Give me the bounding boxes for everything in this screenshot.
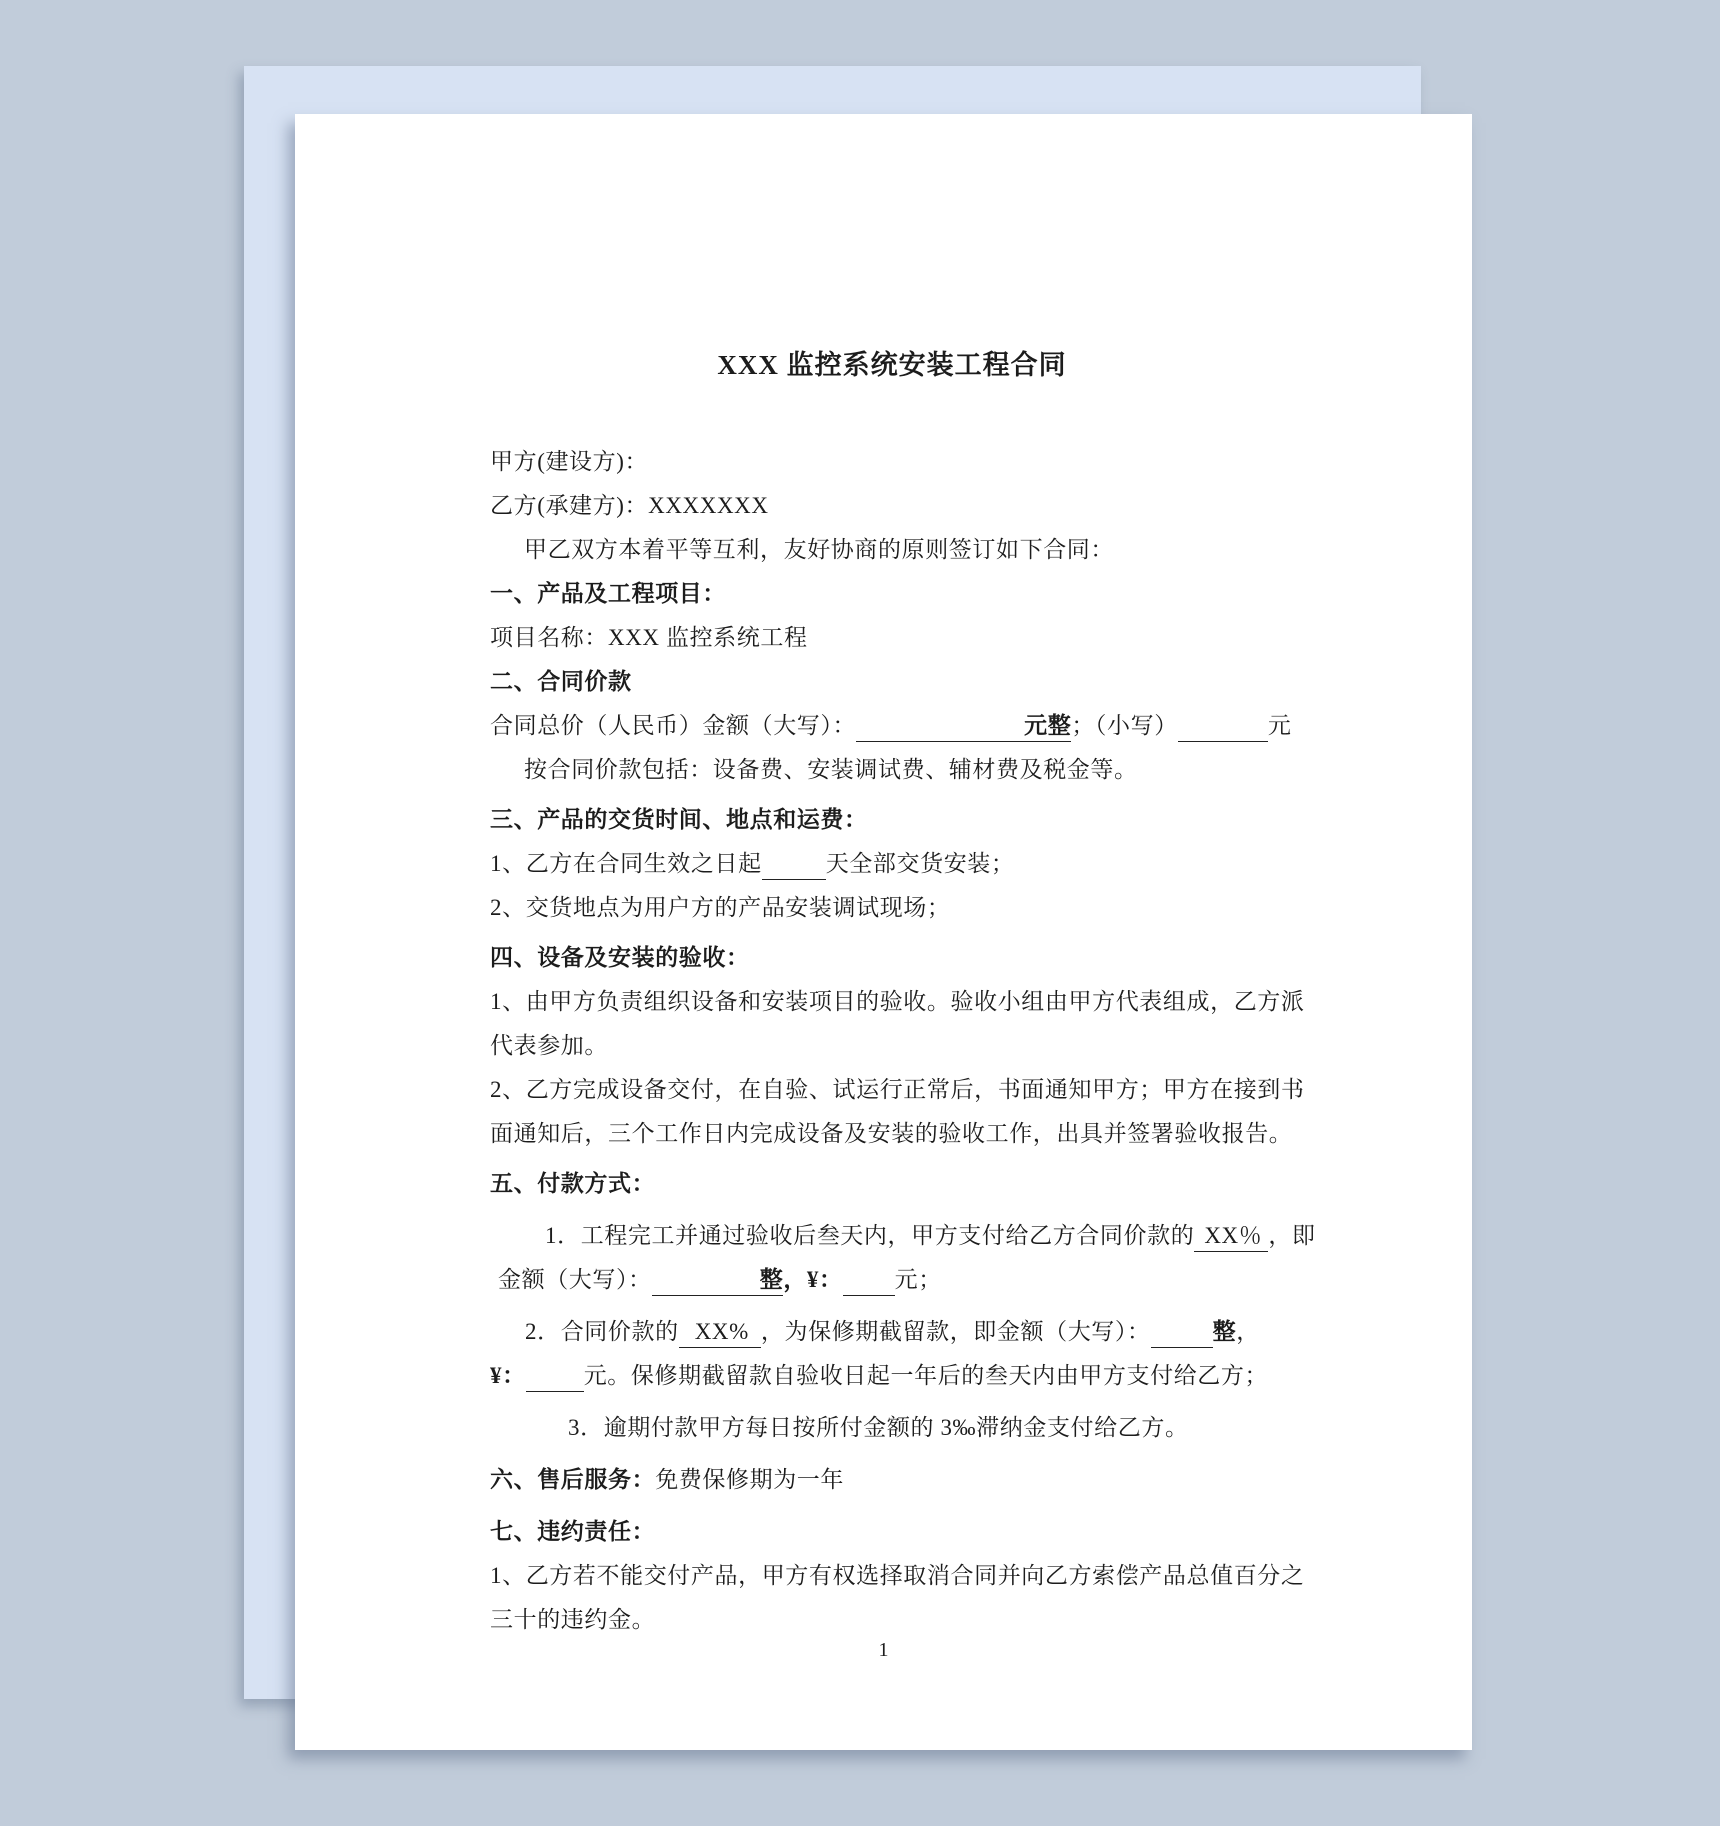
total-unit-caps: 元整 bbox=[1024, 713, 1071, 738]
total-amount-small-field bbox=[1178, 711, 1268, 742]
payment-item-3: 3．逾期付款甲方每日按所付金额的 3‰滞纳金支付给乙方。 bbox=[490, 1406, 1294, 1450]
payment-item-1-pre: 1．工程完工并通过验收后叁天内，甲方支付给乙方合同价款的 bbox=[545, 1223, 1194, 1248]
desktop-background: { "page": { "number": "1" }, "doc": { "t… bbox=[0, 0, 1720, 1826]
payment-item-2-end: 元。保修期截留款自验收日起一年后的叁天内由甲方支付给乙方； bbox=[584, 1363, 1268, 1388]
section-1-heading: 一、产品及工程项目： bbox=[490, 572, 1294, 616]
payment-item-1-line-1: 1．工程完工并通过验收后叁天内，甲方支付给乙方合同价款的XX％，即 bbox=[490, 1214, 1294, 1258]
payment-yen-1-field bbox=[843, 1265, 895, 1296]
payment-yen-2-label: ¥： bbox=[490, 1363, 526, 1388]
preamble-line: 甲乙双方本着平等互利，友好协商的原则签订如下合同： bbox=[490, 528, 1294, 572]
acceptance-item-1-line-1: 1、由甲方负责组织设备和安装项目的验收。验收小组由甲方代表组成，乙方派 bbox=[490, 980, 1294, 1024]
payment-zheng-1: 整 bbox=[760, 1267, 784, 1292]
delivery-item-2: 2、交货地点为用户方的产品安装调试现场； bbox=[490, 886, 1294, 930]
section-7-heading: 七、违约责任： bbox=[490, 1510, 1294, 1554]
section-4-heading: 四、设备及安装的验收： bbox=[490, 936, 1294, 980]
delivery-item-1: 1、乙方在合同生效之日起天全部交货安装； bbox=[490, 842, 1294, 886]
total-amount-caps-field: 元整 bbox=[856, 711, 1071, 742]
total-unit-small: 元 bbox=[1268, 713, 1292, 738]
blank-yen-2 bbox=[526, 1382, 584, 1383]
delivery-item-1-post: 天全部交货安装； bbox=[826, 851, 1015, 876]
section-5-heading: 五、付款方式： bbox=[490, 1162, 1294, 1206]
contract-page: XXX 监控系统安装工程合同 甲方(建设方)： 乙方(承建方)：XXXXXXX … bbox=[295, 114, 1472, 1750]
breach-item-1-line-2: 三十的违约金。 bbox=[490, 1598, 1294, 1642]
payment-amount-1-label: 金额（大写）： bbox=[498, 1267, 652, 1292]
blank-amount-2 bbox=[1151, 1338, 1213, 1339]
acceptance-item-2-line-2: 面通知后，三个工作日内完成设备及安装的验收工作，出具并签署验收报告。 bbox=[490, 1112, 1294, 1156]
blank-amount-1 bbox=[652, 1286, 760, 1287]
page-number: 1 bbox=[295, 1638, 1472, 1662]
party-a-line: 甲方(建设方)： bbox=[490, 440, 1294, 484]
section-6-text: 免费保修期为一年 bbox=[655, 1467, 844, 1492]
acceptance-item-2-line-1: 2、乙方完成设备交付，在自验、试运行正常后，书面通知甲方；甲方在接到书 bbox=[490, 1068, 1294, 1112]
payment-item-1-post: ，即 bbox=[1268, 1223, 1315, 1248]
payment-item-2-pre: 2．合同价款的 bbox=[525, 1319, 679, 1344]
party-b-label: 乙方(承建方)： bbox=[490, 493, 648, 518]
section-6-line: 六、售后服务：免费保修期为一年 bbox=[490, 1458, 1294, 1502]
section-6-heading: 六、售后服务： bbox=[490, 1467, 655, 1492]
blank-total-small bbox=[1178, 732, 1268, 733]
payment-yen-2-field bbox=[526, 1361, 584, 1392]
party-b-value: XXXXXXX bbox=[648, 493, 768, 518]
payment-item-1-line-2: 金额（大写）：整，¥：元； bbox=[490, 1258, 1294, 1302]
price-includes-line: 按合同价款包括：设备费、安装调试费、辅材费及税金等。 bbox=[490, 748, 1294, 792]
total-prefix: 合同总价（人民币）金额（大写）： bbox=[490, 713, 856, 738]
project-name-line: 项目名称：XXX 监控系统工程 bbox=[490, 616, 1294, 660]
total-mid: ；（小写） bbox=[1071, 713, 1178, 738]
payment-percent-2-field: XX% bbox=[679, 1317, 761, 1348]
party-b-line: 乙方(承建方)：XXXXXXX bbox=[490, 484, 1294, 528]
payment-percent-1-field: XX％ bbox=[1194, 1221, 1268, 1252]
acceptance-item-1-line-2: 代表参加。 bbox=[490, 1024, 1294, 1068]
payment-item-2-comma: ， bbox=[1236, 1319, 1260, 1344]
payment-item-2-line-1: 2．合同价款的XX%，为保修期截留款，即金额（大写）：整， bbox=[490, 1310, 1294, 1354]
contract-title: XXX 监控系统安装工程合同 bbox=[490, 347, 1294, 383]
contract-total-line: 合同总价（人民币）金额（大写）：元整；（小写）元 bbox=[490, 704, 1294, 748]
blank-days bbox=[762, 870, 826, 871]
payment-yen-1-label: ，¥： bbox=[783, 1267, 842, 1292]
payment-item-2-mid: ，为保修期截留款，即金额（大写）： bbox=[761, 1319, 1151, 1344]
section-2-heading: 二、合同价款 bbox=[490, 660, 1294, 704]
delivery-item-1-pre: 1、乙方在合同生效之日起 bbox=[490, 851, 762, 876]
blank-total-caps bbox=[856, 732, 1024, 733]
payment-zheng-2: 整 bbox=[1213, 1319, 1237, 1344]
blank-yen-1 bbox=[843, 1286, 895, 1287]
payment-amount-2-field bbox=[1151, 1317, 1213, 1348]
payment-item-1-end: 元； bbox=[895, 1267, 942, 1292]
party-a-label: 甲方(建设方)： bbox=[490, 449, 648, 474]
delivery-days-field bbox=[762, 849, 826, 880]
payment-item-2-line-2: ¥：元。保修期截留款自验收日起一年后的叁天内由甲方支付给乙方； bbox=[490, 1354, 1294, 1398]
section-3-heading: 三、产品的交货时间、地点和运费： bbox=[490, 798, 1294, 842]
payment-amount-1-field: 整 bbox=[652, 1265, 784, 1296]
breach-item-1-line-1: 1、乙方若不能交付产品，甲方有权选择取消合同并向乙方索偿产品总值百分之 bbox=[490, 1554, 1294, 1598]
